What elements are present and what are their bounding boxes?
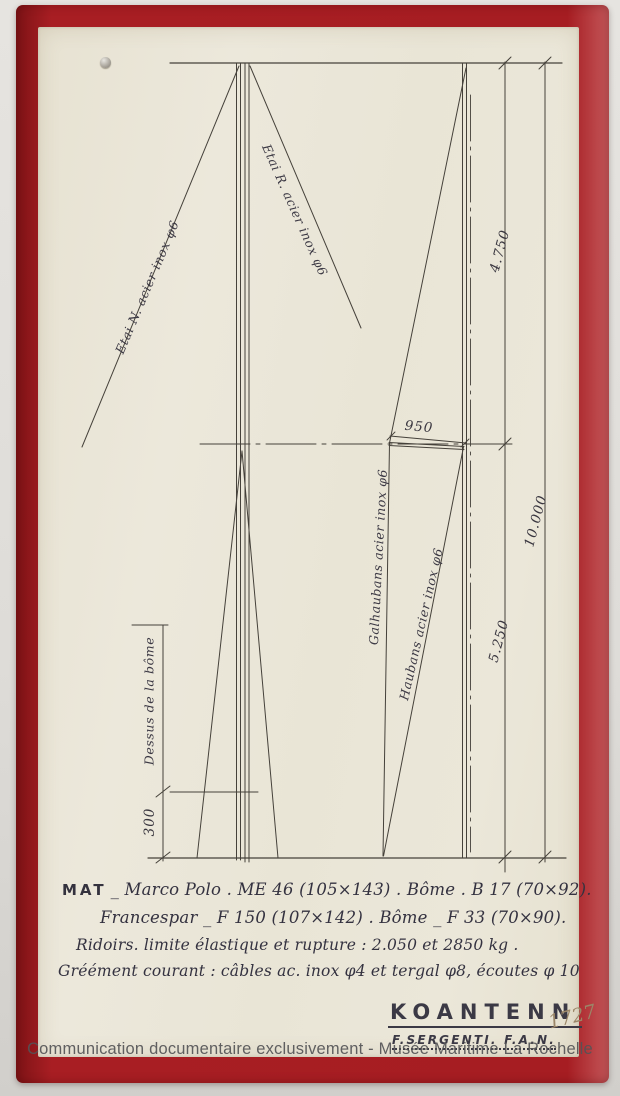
note-line-2: Francespar _ F 150 (107×142) . Bôme _ F …	[100, 908, 566, 927]
note-line-3: Ridoirs. limite élastique et rupture : 2…	[76, 936, 519, 954]
rigging-drawing	[0, 0, 620, 1096]
mat-label: MAT	[62, 881, 107, 899]
scanned-rigging-plan: { "scan": { "watermark": "Communication …	[0, 0, 620, 1096]
galhauban-upper	[390, 68, 467, 443]
reference-lines	[148, 63, 566, 858]
etai-r-line	[250, 66, 361, 328]
mast-front-view	[383, 63, 471, 858]
hauban-line	[384, 447, 464, 856]
spreader-dim-line	[390, 436, 466, 443]
height-dimension-lines	[499, 57, 551, 872]
boom-reference-label: Dessus de la bôme	[142, 637, 157, 765]
dim-300: 300	[142, 808, 158, 837]
dim-950: 950	[404, 418, 434, 436]
note-line-1: MAT_ Marco Polo . ME 46 (105×143) . Bôme…	[62, 880, 592, 899]
lower-shroud-fore	[197, 451, 242, 858]
lower-shroud-aft	[242, 451, 278, 858]
museum-watermark: Communication documentaire exclusivement…	[0, 1040, 620, 1059]
note-line-4: Gréément courant : câbles ac. inox φ4 et…	[58, 962, 580, 980]
mast-side-view	[82, 63, 361, 863]
note-line-1-text: _ Marco Polo . ME 46 (105×143) . Bôme . …	[111, 880, 592, 899]
